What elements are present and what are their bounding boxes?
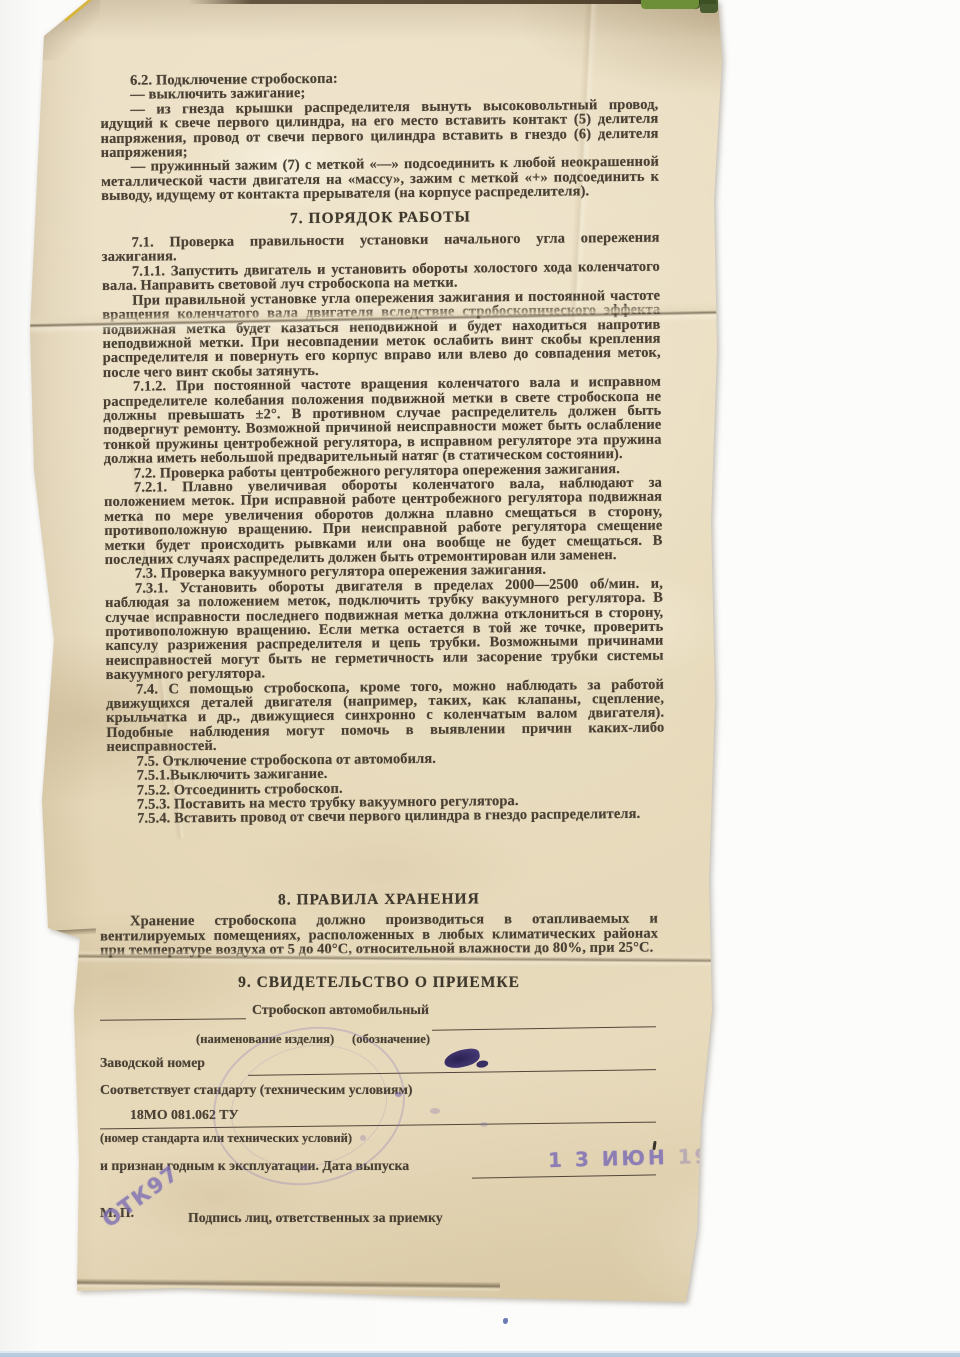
release-date-blank-line (472, 1174, 656, 1178)
stamp-speck (395, 1092, 402, 1097)
scanned-document-background: 6.2. Подключение стробоскопа: — выключит… (0, 0, 960, 1357)
stamp-speck (480, 1122, 488, 1127)
paper-shadow: 6.2. Подключение стробоскопа: — выключит… (0, 0, 960, 1357)
date-stamp-year: 19 (677, 1144, 711, 1169)
stamp-speck (360, 1135, 366, 1141)
scanner-edge-line (0, 1353, 960, 1357)
heading-section-9-wrap: 9. СВИДЕТЕЛЬСТВО О ПРИЕМКЕ (100, 976, 658, 990)
stamp-speck (300, 1165, 309, 1171)
list-item-clamp: — пружинный зажим (7) с меткой «—» подсо… (101, 155, 659, 204)
heading-section-7: 7. ПОРЯДОК РАБОТЫ (101, 208, 659, 228)
paragraph-8: Хранение стробоскопа должно производитьс… (100, 912, 658, 958)
fold-crease-bottom (60, 1278, 500, 1292)
dark-green-fragment (700, 0, 718, 13)
heading-section-8: 8. ПРАВИЛА ХРАНЕНИЯ (100, 892, 658, 909)
paper-document: 6.2. Подключение стробоскопа: — выключит… (0, 0, 960, 1357)
document-text-storage: 8. ПРАВИЛА ХРАНЕНИЯ Хранение стробоскопа… (100, 892, 658, 959)
paragraph-7-1-2: 7.1.2. При постоянной частоте вращения к… (103, 375, 662, 467)
paper-top-edge-shadow (188, 0, 716, 4)
mp-label: М. П. (100, 1205, 134, 1221)
list-item-wire: — из гнезда крышки распределителя вынуть… (100, 97, 659, 160)
heading-section-9: 9. СВИДЕТЕЛЬСТВО О ПРИЕМКЕ (100, 976, 658, 990)
factory-number-label: Заводской номер (100, 1055, 205, 1071)
signature-label: Подпись лиц, ответственных за приемку (188, 1210, 443, 1226)
blank-line-left (100, 1018, 246, 1021)
torn-corner-shading (30, 0, 100, 60)
left-edge-fold-step (32, 928, 96, 937)
document-text-main: 6.2. Подключение стробоскопа: — выключит… (100, 69, 665, 827)
product-name: Стробоскоп автомобильный (252, 1002, 429, 1018)
stamp-speck (430, 1108, 440, 1114)
paragraph-7-4: 7.4. С помощью стробоскопа, кроме того, … (106, 677, 665, 754)
paragraph-7-3-1: 7.3.1. Установить обороты двигателя в пр… (105, 576, 664, 682)
designation-blank-line (432, 1026, 656, 1031)
green-binding-fragment (641, 0, 699, 9)
paragraph-7-5-4: 7.5.4. Вставить провод от свечи первого … (107, 807, 665, 827)
paragraph-7-2-1: 7.2.1. Плавно увеличивая обороты коленча… (104, 476, 663, 568)
paragraph-7-1-1-cont: При правильной установке угла опережения… (102, 288, 661, 380)
